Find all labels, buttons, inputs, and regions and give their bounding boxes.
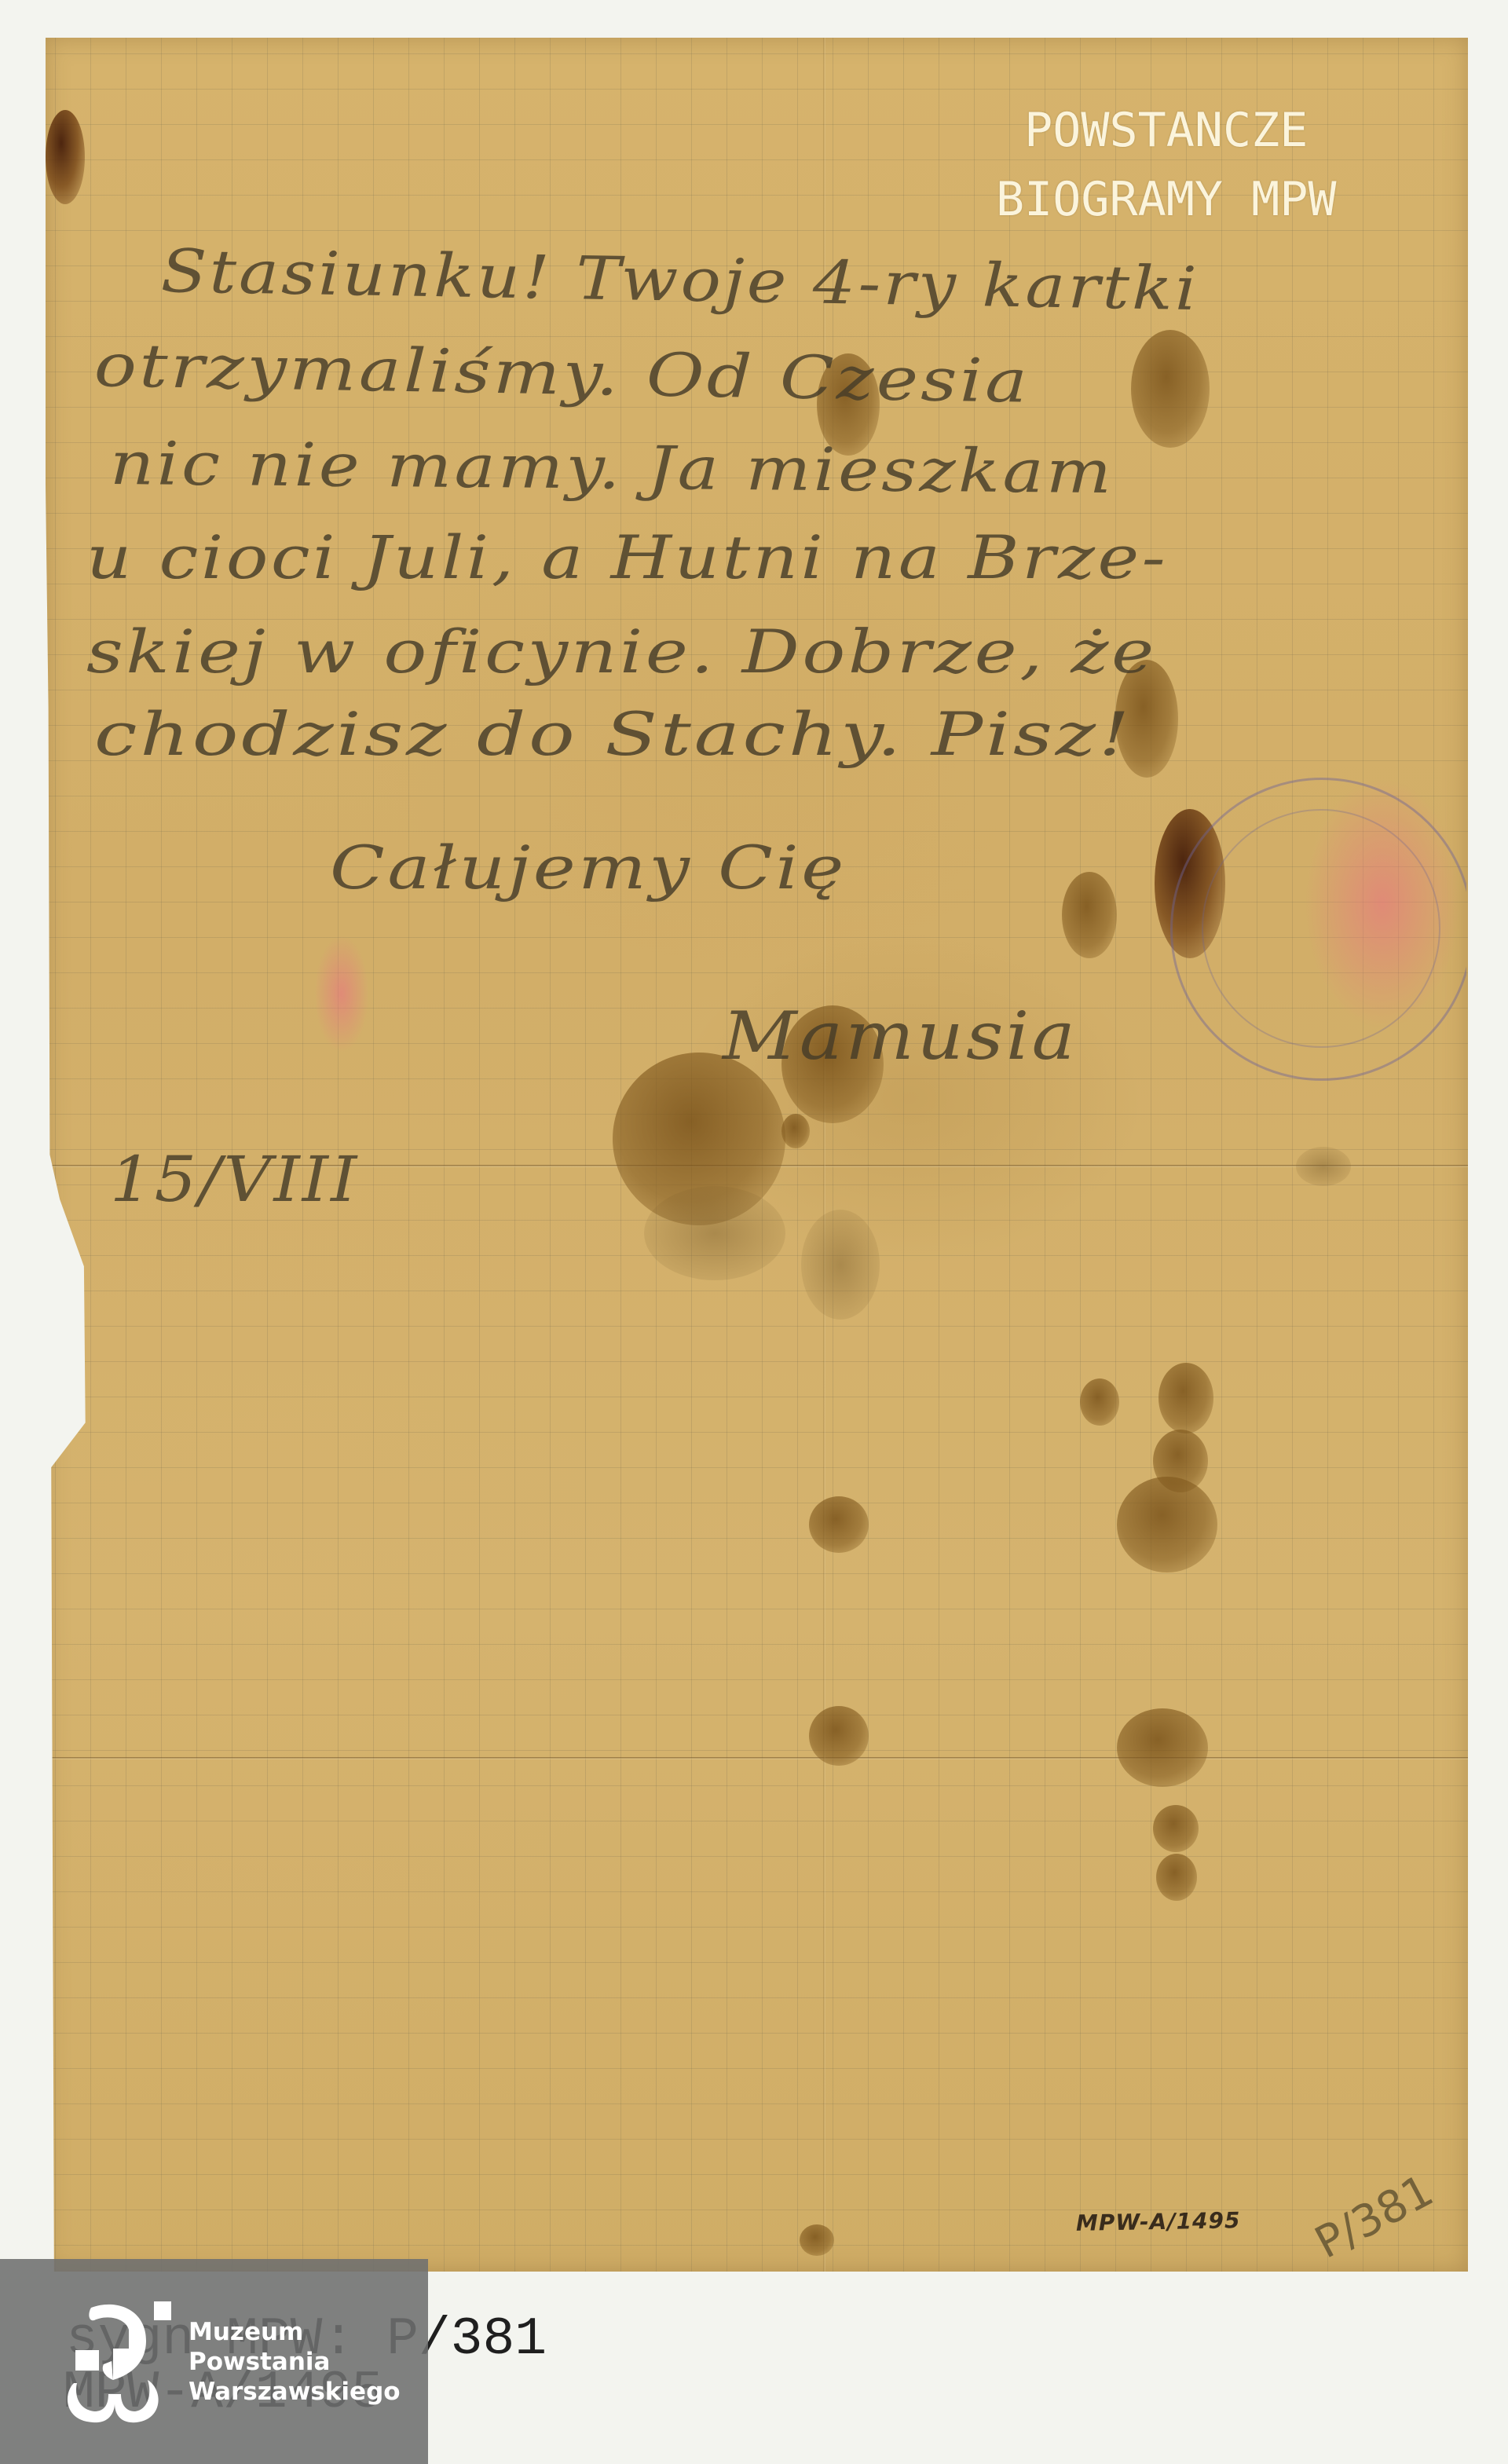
logo-line3: Warszawskiego — [188, 2377, 401, 2407]
stain — [1158, 1363, 1213, 1433]
letter-closing: Całujemy Cię — [330, 833, 847, 902]
watermark-line2: BIOGRAMY MPW — [996, 165, 1336, 234]
horizontal-fold-lower — [46, 1757, 1468, 1759]
watermark-line1: POWSTANCZE — [996, 96, 1336, 165]
stain — [1080, 1378, 1119, 1426]
stain — [801, 1210, 880, 1320]
logo-line1: Muzeum — [188, 2317, 401, 2347]
inventory-number: MPW-A/1495 — [1076, 2207, 1241, 2236]
letter-line-4: u cioci Juli, a Hutni na Brze- — [86, 522, 1168, 592]
watermark: POWSTANCZE BIOGRAMY MPW — [996, 96, 1336, 234]
stain — [1117, 1708, 1208, 1787]
stain — [1296, 1147, 1351, 1186]
stain — [644, 1186, 785, 1280]
letter-line-3: nic nie mamy. Ja mieszkam — [110, 428, 1115, 507]
kotwica-anchor-logo-icon — [53, 2301, 179, 2427]
stain — [800, 2224, 834, 2256]
stain — [1156, 1854, 1197, 1901]
letter-line-5: skiej w oficynie. Dobrze, że — [86, 617, 1157, 686]
stain — [809, 1706, 869, 1766]
stain — [1153, 1805, 1199, 1852]
museum-logo-text: Muzeum Powstania Warszawskiego — [188, 2317, 401, 2407]
stain — [46, 110, 85, 204]
stain — [809, 1496, 869, 1553]
logo-line2: Powstania — [188, 2347, 401, 2377]
letter-date: 15/VIII — [110, 1143, 359, 1216]
stain — [1131, 330, 1210, 448]
pink-mark — [314, 935, 369, 1053]
stain — [1117, 1477, 1217, 1572]
letter-line-6: chodzisz do Stachy. Pisz! — [94, 699, 1133, 769]
official-stamp-inner-ring — [1202, 809, 1440, 1048]
stain — [1062, 872, 1117, 958]
stain — [781, 1114, 810, 1148]
letter-signature: Mamusia — [723, 998, 1078, 1075]
